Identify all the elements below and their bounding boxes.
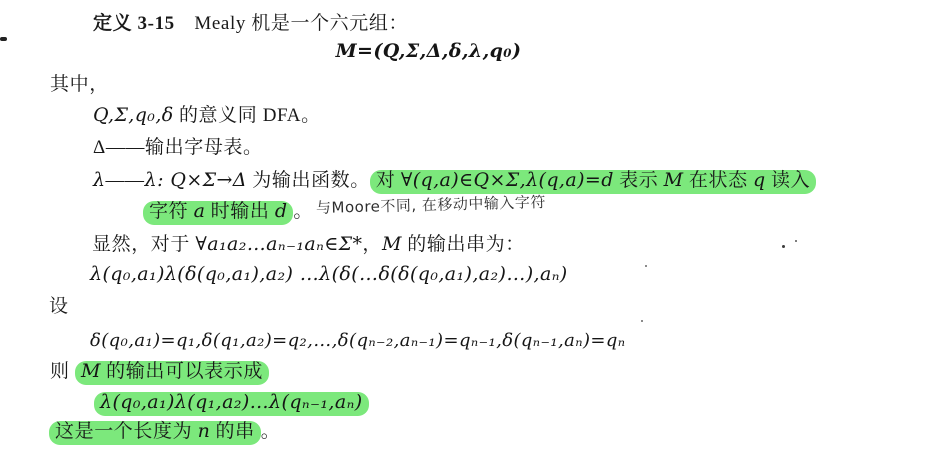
lambda-symbol: λ [93, 169, 105, 191]
highlight-output-formula: λ(q₀,a₁)λ(q₁,a₂)…λ(qₙ₋₁,aₙ) [94, 392, 369, 416]
sentence-period: 。 [293, 201, 313, 222]
hl-var-q: q [753, 169, 766, 191]
line-output-representation: 则 M 的输出可以表示成 [50, 359, 269, 385]
hl-formula: λ(q₀,a₁)λ(q₁,a₂)…λ(qₙ₋₁,aₙ) [100, 391, 363, 413]
hl-text: 字符 [149, 201, 194, 222]
formula-delta-chain-text: δ(q₀,a₁)=q₁,δ(q₁,a₂)=q₂,…,δ(qₙ₋₂,aₙ₋₁)=q… [90, 330, 625, 351]
formula-output-string-expanded: λ(q₀,a₁)λ(δ(q₀,a₁),a₂) …λ(δ(…δ(δ(q₀,a₁),… [90, 262, 568, 288]
label-among-which-text: 其中， [50, 74, 109, 95]
highlight-length-n: 这是一个长度为 n 的串 [49, 421, 261, 445]
label-suppose: 设 [49, 294, 69, 320]
scan-speck [0, 37, 7, 41]
highlight-output-function-meaning: 对 ∀(q,a)∈Q×Σ,λ(q,a)=d 表示 M 在状态 q 读入 [370, 170, 816, 194]
highlight-output-representation: M 的输出可以表示成 [75, 361, 269, 385]
dfa-meaning-text: 的意义同 DFA。 [174, 105, 321, 126]
scan-speck [641, 320, 643, 322]
formula-output-string-expanded-text: λ(q₀,a₁)λ(δ(q₀,a₁),a₂) …λ(δ(…δ(δ(q₀,a₁),… [90, 263, 568, 285]
hl-text: 时输出 [205, 201, 275, 222]
handwritten-note: 与Moore不同, 在移动中输入字符 [316, 192, 546, 218]
hl-var-m: M [664, 169, 684, 191]
formula-mealy-tuple: M=(Q,Σ,Δ,δ,λ,q₀) [0, 39, 857, 65]
dfa-meaning-symbols: Q,Σ,q₀,δ [93, 104, 174, 126]
line-output-function-continued: 字符 a 时输出 d。与Moore不同, 在移动中输入字符 [143, 199, 546, 225]
scanned-textbook-page: 定义 3-15 Mealy 机是一个六元组： M=(Q,Σ,Δ,δ,λ,q₀) … [0, 0, 947, 453]
output-function-label: 为输出函数。 [247, 170, 370, 191]
formula-output-string-simplified: λ(q₀,a₁)λ(q₁,a₂)…λ(qₙ₋₁,aₙ) [94, 390, 369, 416]
hl-var-m: M [81, 360, 101, 382]
hl-var-d: d [275, 200, 288, 222]
formula-delta-chain: δ(q₀,a₁)=q₁,δ(q₁,a₂)=q₂,…,δ(qₙ₋₂,aₙ₋₁)=q… [90, 328, 625, 353]
sentence-period: 。 [261, 421, 281, 442]
input-word-formula: ∀a₁a₂…aₙ₋₁aₙ∈Σ* [195, 233, 362, 255]
highlight-output-on-read: 字符 a 时输出 d [143, 201, 293, 225]
hl-text: 读入 [766, 170, 811, 191]
line-dfa-meaning: Q,Σ,q₀,δ 的意义同 DFA。 [93, 103, 321, 129]
hl-var-n: n [198, 420, 211, 442]
then-label: 则 [50, 361, 75, 382]
label-among-which: 其中， [50, 72, 109, 98]
line-output-function: λ——λ: Q×Σ→Δ 为输出函数。对 ∀(q,a)∈Q×Σ,λ(q,a)=d … [93, 168, 816, 194]
hl-formula: ∀(q,a)∈Q×Σ,λ(q,a)=d [401, 169, 614, 191]
hl-text: 这是一个长度为 [55, 421, 198, 442]
intro-text: 显然，对于 [92, 234, 195, 255]
scan-speck [795, 240, 797, 242]
output-alphabet-text: Δ——输出字母表。 [93, 137, 263, 158]
comma: ， [362, 234, 382, 255]
intro-text-tail: 的输出串为： [402, 234, 525, 255]
definition-heading: 定义 3-15 Mealy 机是一个六元组： [93, 11, 408, 37]
hl-text: 在状态 [684, 170, 754, 191]
var-m: M [382, 233, 402, 255]
hl-text: 的串 [210, 421, 255, 442]
hl-var-a: a [194, 200, 206, 222]
line-output-alphabet: Δ——输出字母表。 [93, 135, 263, 161]
hl-text: 的输出可以表示成 [101, 361, 263, 382]
scan-speck [645, 265, 647, 267]
output-function-signature: λ: Q×Σ→Δ [145, 169, 247, 191]
hl-text: 表示 [614, 170, 664, 191]
line-length-n-string: 这是一个长度为 n 的串。 [49, 419, 280, 445]
scan-speck [782, 245, 785, 248]
em-dash: —— [105, 170, 144, 191]
definition-number: 定义 3-15 [93, 13, 175, 34]
line-output-string-intro: 显然，对于 ∀a₁a₂…aₙ₋₁aₙ∈Σ*，M 的输出串为： [92, 232, 525, 258]
formula-mealy-tuple-text: M=(Q,Σ,Δ,δ,λ,q₀) [336, 40, 522, 62]
definition-heading-text: Mealy 机是一个六元组： [175, 13, 408, 34]
hl-text: 对 [376, 170, 401, 191]
label-suppose-text: 设 [49, 296, 69, 317]
